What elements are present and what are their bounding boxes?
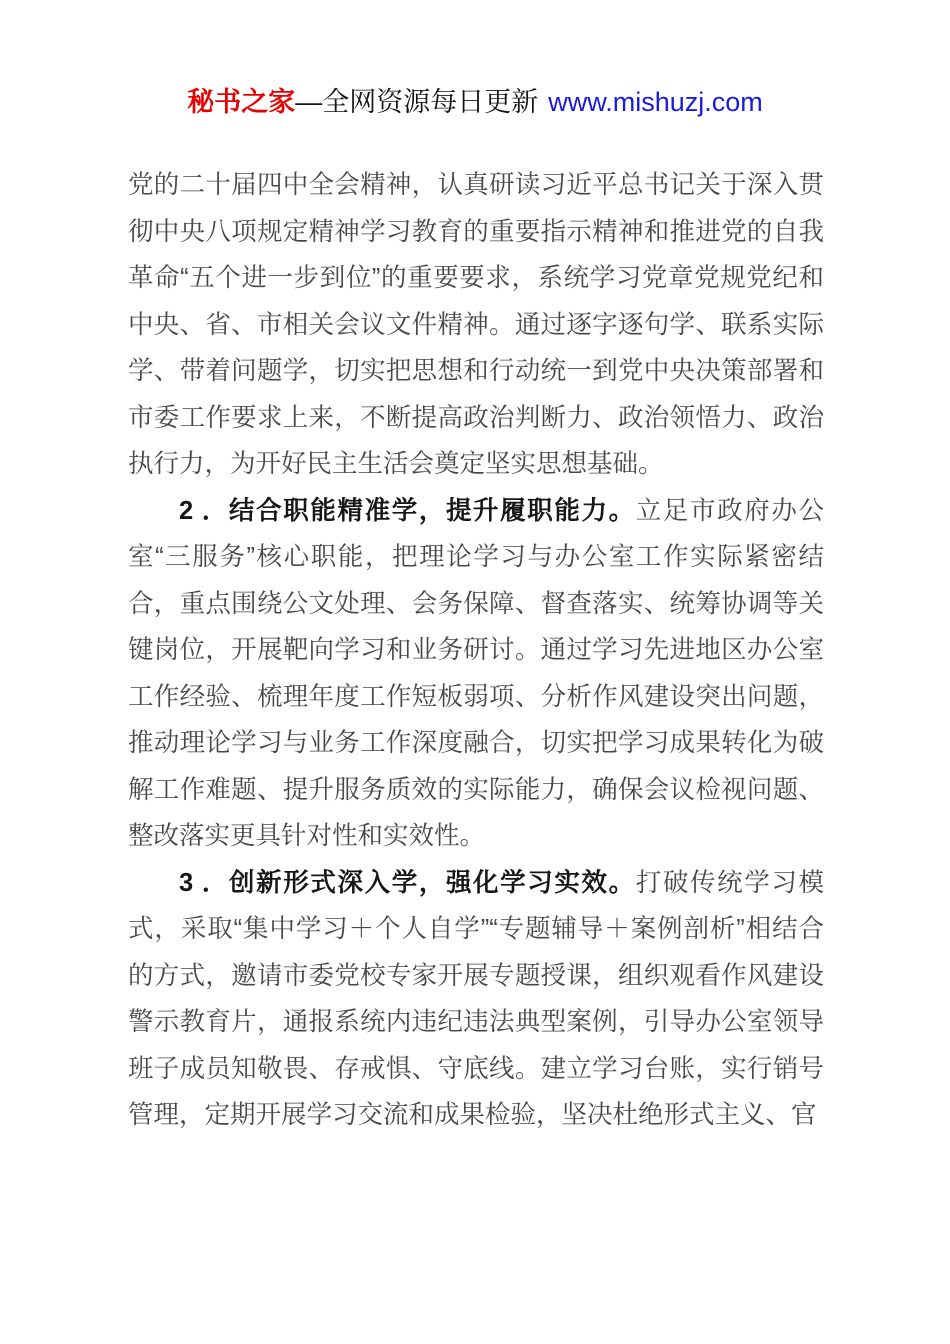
body-paragraph-2: 2 ．结合职能精准学，提升履职能力。立足市政府办公室“三服务”核心职能，把理论学… bbox=[128, 488, 824, 860]
paragraph-text: 打破传统学习模式，采取“集中学习＋个人自学”“专题辅导＋案例剖析”相结合的方式，… bbox=[128, 869, 824, 1130]
paragraph-lead: 3 ．创新形式深入学，强化学习实效。 bbox=[179, 869, 636, 897]
body-paragraph-1: 党的二十届四中全会精神，认真研读习近平总书记关于深入贯彻中央八项规定精神学习教育… bbox=[128, 162, 824, 488]
paragraph-lead: 2 ．结合职能精准学，提升履职能力。 bbox=[179, 497, 636, 525]
body-paragraph-3: 3 ．创新形式深入学，强化学习实效。打破传统学习模式，采取“集中学习＋个人自学”… bbox=[128, 860, 824, 1139]
site-brand: 秘书之家 bbox=[187, 87, 295, 117]
site-tagline: —全网资源每日更新 bbox=[295, 87, 538, 117]
document-body: 党的二十届四中全会精神，认真研读习近平总书记关于深入贯彻中央八项规定精神学习教育… bbox=[128, 162, 824, 1139]
site-url-link[interactable]: www.mishuzj.com bbox=[548, 87, 763, 117]
paragraph-text: 党的二十届四中全会精神，认真研读习近平总书记关于深入贯彻中央八项规定精神学习教育… bbox=[128, 171, 824, 478]
document-page: 秘书之家—全网资源每日更新www.mishuzj.com 党的二十届四中全会精神… bbox=[0, 0, 950, 1344]
paragraph-text: 立足市政府办公室“三服务”核心职能，把理论学习与办公室工作实际紧密结合，重点围绕… bbox=[128, 497, 824, 851]
site-header: 秘书之家—全网资源每日更新www.mishuzj.com bbox=[0, 82, 950, 122]
